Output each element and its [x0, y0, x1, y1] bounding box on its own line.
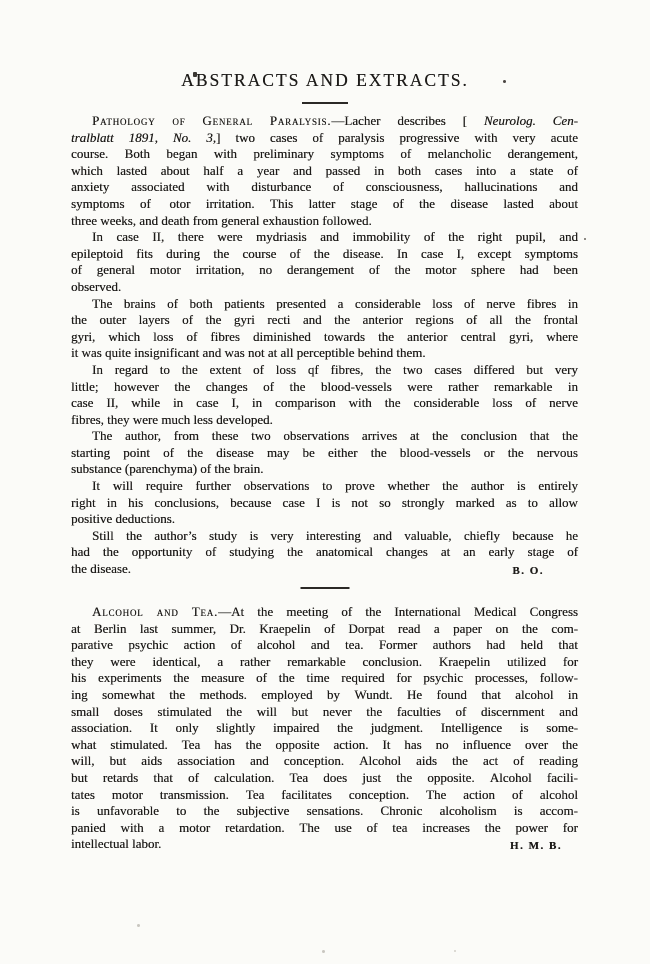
text-line: fibres, they were much less developed. — [71, 412, 578, 429]
text-line: caseII,whileincaseI,incomparisonwiththec… — [71, 395, 578, 412]
text-line: epileptoidfitsduringthecourseofthediseas… — [71, 246, 578, 263]
paragraph: AlcoholandTea.—AtthemeetingoftheInternat… — [71, 604, 578, 853]
text-line: Theauthor,fromthesetwoobservationsarrive… — [71, 428, 578, 445]
text-line: hisexperimentsthemeasureofthetimerequire… — [71, 670, 578, 687]
scan-speck — [503, 80, 506, 83]
article-pathology-of-general-paralysis: PathologyofGeneralParalysis.—Lacherdescr… — [71, 113, 578, 578]
page-title: ABSTRACTS AND EXTRACTS. — [0, 70, 650, 91]
text-line: whatstimulated.Teahastheoppositeaction.I… — [71, 737, 578, 754]
text-line: it was quite insignificant and was not a… — [71, 345, 578, 362]
text-line: association.Itonlyslightlyimpairedthejud… — [71, 720, 578, 737]
text-line: symptomsof otorirritation.Thislatterstag… — [71, 196, 578, 213]
scan-speck — [193, 72, 197, 77]
paragraph: Theauthor,fromthesetwoobservationsarrive… — [71, 428, 578, 478]
section-divider-rule — [301, 587, 350, 589]
text-line: theouterlayersofthegyrirectiandtheanteri… — [71, 312, 578, 329]
text-line: isunfavorabletothesubjectivesensations.C… — [71, 803, 578, 820]
text-line: ingsomewhatthemethods.employedbyWundt.He… — [71, 687, 578, 704]
title-divider-rule — [302, 102, 348, 104]
text-line: substance (parenchyma) of the brain. — [71, 461, 578, 478]
text-line: Thebrainsofbothpatientspresentedaconside… — [71, 296, 578, 313]
text-line: little;howeverthechangesoftheblood-vesse… — [71, 379, 578, 396]
text-line: observed. — [71, 279, 578, 296]
text-line: smalldosesstimulatedthewillbutneverthefa… — [71, 704, 578, 721]
text-line: AlcoholandTea.—AtthemeetingoftheInternat… — [71, 604, 578, 621]
text-line: Itwillrequirefurtherobservationstoprovew… — [71, 478, 578, 495]
text-line: three weeks, and death from general exha… — [71, 213, 578, 230]
paragraph: Thebrainsofbothpatientspresentedaconside… — [71, 296, 578, 362]
text-line: anxietyassociatedwithdisturbanceofconsci… — [71, 179, 578, 196]
text-line: ofgeneralmotorirritation,noderangementof… — [71, 262, 578, 279]
paragraph: Itwillrequirefurtherobservationstoprovew… — [71, 478, 578, 528]
text-line: startingpointofthediseasemaybeeithertheb… — [71, 445, 578, 462]
text-line: the disease.B. O. — [71, 561, 578, 578]
document-page: ABSTRACTS AND EXTRACTS. PathologyofGener… — [0, 0, 650, 964]
text-line: rightinhisconclusions,becausecaseIisnots… — [71, 495, 578, 512]
author-initials: B. O. — [512, 563, 544, 580]
text-line: gyri,whichlossoffibresdiminishedtowardst… — [71, 329, 578, 346]
text-line: atBerlinlastsummer,Dr.KraepelinofDorpatr… — [71, 621, 578, 638]
text-line: parativepsychicactionofalcoholandtea.For… — [71, 637, 578, 654]
text-line: IncaseII,thereweremydriasisandimmobility… — [71, 229, 578, 246]
text-line: paniedwithamotorretardation.Theuseofteai… — [71, 820, 578, 837]
paragraph: Stilltheauthor’sstudyisveryinterestingan… — [71, 528, 578, 578]
scan-speck — [584, 238, 586, 240]
text-line: intellectual labor.H. M. B. — [71, 836, 578, 853]
author-initials: H. M. B. — [510, 838, 562, 855]
text-line: tralblatt1891,No.3,]twocasesofparalysisp… — [71, 130, 578, 147]
text-line: butretardsthatofcalculation.Teadoesjustt… — [71, 770, 578, 787]
text-line: positive deductions. — [71, 511, 578, 528]
scan-speck — [454, 950, 456, 952]
text-line: will,butaidsassociationandconception.Alc… — [71, 753, 578, 770]
text-line: PathologyofGeneralParalysis.—Lacherdescr… — [71, 113, 578, 130]
text-line: tatesmotortransmission.Teafacilitatescon… — [71, 787, 578, 804]
paragraph: Inregardtotheextentoflossqffibres,thetwo… — [71, 362, 578, 428]
article-alcohol-and-tea: AlcoholandTea.—AtthemeetingoftheInternat… — [71, 604, 578, 853]
paragraph: IncaseII,thereweremydriasisandimmobility… — [71, 229, 578, 295]
scan-speck — [322, 950, 325, 953]
text-line: Inregardtotheextentoflossqffibres,thetwo… — [71, 362, 578, 379]
scan-speck — [137, 924, 140, 927]
text-line: theywereidentical,aratherremarkableconcl… — [71, 654, 578, 671]
text-line: Stilltheauthor’sstudyisveryinterestingan… — [71, 528, 578, 545]
text-line: whichlastedabouthalfayearandpassedinboth… — [71, 163, 578, 180]
paragraph: PathologyofGeneralParalysis.—Lacherdescr… — [71, 113, 578, 229]
text-line: course.Bothbeganwithpreliminarysymptomso… — [71, 146, 578, 163]
text-line: hadtheopportunityofstudyingtheanatomical… — [71, 544, 578, 561]
